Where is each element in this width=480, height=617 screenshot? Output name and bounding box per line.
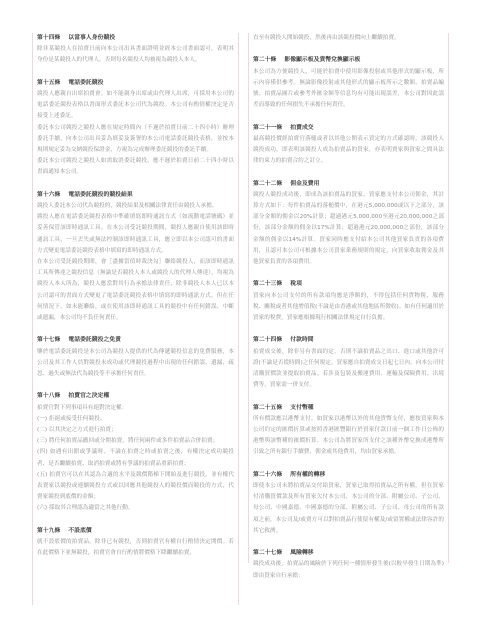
article-heading: 第十五條電話委託競投 <box>37 78 234 89</box>
article: 第二十六條所有權的轉移即使本公司未將拍賣品交付給買家，買家已取得拍賣品之所有權，… <box>253 470 444 537</box>
article-heading: 第二十五條支付幣種 <box>253 403 444 414</box>
article-paragraph: 競投成功後，拍賣品的風險於下列任何一種情形發生後(以較早發生日期為準)即由買家自… <box>253 559 444 581</box>
article-number: 第二十六條 <box>253 472 282 478</box>
article-paragraph: (六) 採取其合理認為適當之其他行動。 <box>37 503 234 514</box>
article-title: 電話委託競投 <box>68 80 103 86</box>
article-title: 以當事人身份競投 <box>68 35 115 41</box>
article-title: 電話委託競投之免責 <box>68 337 121 343</box>
article-title: 稅項 <box>290 281 302 287</box>
article-number: 第十八條 <box>37 393 60 399</box>
article-paragraph: (一) 拒絕或接受任何競投； <box>37 414 234 425</box>
article: 第十四條以當事人身份競投除非某競投人在拍賣日前向本公司出具書面證明並經本公司書面… <box>37 33 234 67</box>
article-number: 第十五條 <box>37 80 60 86</box>
article-paragraph: (四) 如遇有出錯或爭議時，不論在拍賣之時或拍賣之後，有權決定成功競投者、是否繼… <box>37 447 234 469</box>
article-paragraph: 委託本公司競投之競投人應在規定時間內（不遲於拍賣日前二十四小時）辦理委託手續，向… <box>37 123 234 157</box>
article-number: 第二十七條 <box>253 550 282 556</box>
article-heading: 第十九條不設底價 <box>37 526 234 537</box>
article-title: 不設底價 <box>68 528 91 534</box>
article-heading: 第二十七條風險轉移 <box>253 548 444 559</box>
article-paragraph: 競投人委託本公司代為競投的，競投結果及相關法律責任由競投人承擔。 <box>37 201 234 212</box>
article-title: 拍賣成交 <box>290 125 313 131</box>
article-paragraph: 競投人競投成功後，即成為該拍賣品的買家。買家應支付本公司佣金，其計算方式如下：每… <box>253 190 444 268</box>
article: 第二十二條佣金及費用競投人競投成功後，即成為該拍賣品的買家。買家應支付本公司佣金… <box>253 179 444 269</box>
article-number: 第二十條 <box>253 57 276 63</box>
article-paragraph: 除非某競投人在拍賣日前向本公司出具書面證明並經本公司書面認可，表明其身份是某競投… <box>37 44 234 66</box>
article-paragraph: 委託本公司競投之競投人如需取消委託競投，應不遲於拍賣日前二十四小時以書面通知本公… <box>37 156 234 178</box>
article-number: 第二十三條 <box>253 281 282 287</box>
article-paragraph: 競投人應親自出席拍賣會。如不能親身出席或由代理人出席，可採用本公司的電話委託競投… <box>37 89 234 123</box>
article: 第二十一條拍賣成交最高競投價經拍賣官落槌或者以其他公開表示買定的方式確認時，該競… <box>253 123 444 168</box>
article-paragraph: 在本公司受託競投期間，會［盡據當值時裁決勾］聯絡競投人，而該即時通訊工具所傳達之… <box>37 257 234 324</box>
article-title: 電話委託競投的競投結果 <box>68 192 132 198</box>
article-title: 所有權的轉移 <box>290 472 325 478</box>
article-heading: 第二十二條佣金及費用 <box>253 179 444 190</box>
article-list-right: 第二十條影像顯示板及貨幣兌換顯示板本公司為方便競投人，可能於拍賣中使用影像投射或… <box>253 55 444 581</box>
article-paragraph: 就不設底價的拍賣品，除非已有競投，否則拍賣官有權自行酌情決定開價。若在此價格下並… <box>37 537 234 559</box>
article-list-left: 第十四條以當事人身份競投除非某競投人在拍賣日前向本公司出具書面證明並經本公司書面… <box>37 33 234 559</box>
article-paragraph: 即使本公司未將拍賣品交付給買家，買家已取得拍賣品之所有權，但在買家付清購買價款及… <box>253 481 444 537</box>
article: 第二十七條風險轉移競投成功後，拍賣品的風險於下列任何一種情形發生後(以較早發生日… <box>253 548 444 582</box>
article-paragraph: 買家向本公司支付的所有款項均應是淨額的，不得包括任何貨物稅、服務稅、關稅或者其他… <box>253 291 444 325</box>
article-heading: 第二十四條付款時間 <box>253 335 444 346</box>
article-number: 第十六條 <box>37 192 60 198</box>
article-number: 第二十一條 <box>253 125 282 131</box>
article-paragraph: 拍賣成交後，除非另有書面約定，否則不論拍賣品之出口、進口或其他許可證(不論是否從… <box>253 347 444 392</box>
article: 第十五條電話委託競投競投人應親自出席拍賣會。如不能親身出席或由代理人出席，可採用… <box>37 78 234 179</box>
article-heading: 第二十三條稅項 <box>253 279 444 290</box>
continuation-text: 直至有競投人開始競投，然後再由該競投價向上繼續拍賣。 <box>253 33 444 44</box>
article-paragraph: (五) 拍賣官可以在其認為合適的水平及競價階梯下開始及進行競投，並有權代表賣家以… <box>37 470 234 504</box>
article-heading: 第二十一條拍賣成交 <box>253 123 444 134</box>
article-number: 第二十二條 <box>253 181 282 187</box>
article-heading: 第十四條以當事人身份競投 <box>37 33 234 44</box>
article: 第二十五條支付幣種所有價款應以港幣支付。如買家以港幣以外的其他貨幣支付，應按買家… <box>253 403 444 459</box>
article-heading: 第二十六條所有權的轉移 <box>253 470 444 481</box>
article-title: 風險轉移 <box>290 550 313 556</box>
article-title: 佣金及費用 <box>290 181 319 187</box>
article-paragraph: 最高競投價經拍賣官落槌或者以其他公開表示買定的方式確認時，該競投人競投成功，即表… <box>253 134 444 168</box>
article-title: 影像顯示板及貨幣兌換顯示板 <box>284 57 360 63</box>
article-paragraph: 本公司為方便競投人，可能於拍賣中使用影像投射或其他形式的顯示板，所示內容僅供參考… <box>253 67 444 112</box>
article-paragraph: (三) 將任何拍賣品撤回或分開拍賣，將任何兩件或多件拍賣品合併拍賣； <box>37 436 234 447</box>
article: 第十九條不設底價就不設底價的拍賣品，除非已有競投，否則拍賣官有權自行酌情決定開價… <box>37 526 234 560</box>
article: 第十八條拍賣官之決定權拍賣官對下列事項具有絕對決定權：(一) 拒絕或接受任何競投… <box>37 391 234 514</box>
article-paragraph: 鑒於電話委託競投是本公司為競投人提供的代為傳遞競投信息的免費服務，本公司及其工作… <box>37 347 234 381</box>
article: 第二十三條稅項買家向本公司支付的所有款項均應是淨額的，不得包括任何貨物稅、服務稅… <box>253 279 444 324</box>
article: 第十六條電話委託競投的競投結果競投人委託本公司代為競投的，競投結果及相關法律責任… <box>37 190 234 324</box>
article: 第十七條電話委託競投之免責鑒於電話委託競投是本公司為競投人提供的代為傳遞競投信息… <box>37 335 234 380</box>
article-number: 第二十四條 <box>253 337 282 343</box>
article-title: 拍賣官之決定權 <box>68 393 109 399</box>
article-heading: 第十八條拍賣官之決定權 <box>37 391 234 402</box>
article-paragraph: 競投人應在電話委託競投表格中準確填寫即時通訊方式（如流動電話號碼）並妥善保管該即… <box>37 212 234 257</box>
article: 第二十條影像顯示板及貨幣兌換顯示板本公司為方便競投人，可能於拍賣中使用影像投射或… <box>253 55 444 111</box>
article-paragraph: 所有價款應以港幣支付。如買家以港幣以外的其他貨幣支付，應按買家與本公司約定的匯價… <box>253 414 444 459</box>
article: 第二十四條付款時間拍賣成交後，除非另有書面約定，否則不論拍賣品之出口、進口或其他… <box>253 335 444 391</box>
article-title: 付款時間 <box>290 337 313 343</box>
article-number: 第二十五條 <box>253 405 282 411</box>
article-number: 第十九條 <box>37 528 60 534</box>
article-paragraph: (二) 以其決定之方式進行拍賣； <box>37 425 234 436</box>
article-heading: 第二十條影像顯示板及貨幣兌換顯示板 <box>253 55 444 66</box>
article-number: 第十四條 <box>37 35 60 41</box>
article-heading: 第十六條電話委託競投的競投結果 <box>37 190 234 201</box>
left-column: 第十四條以當事人身份競投除非某競投人在拍賣日前向本公司出具書面證明並經本公司書面… <box>32 33 239 605</box>
article-title: 支付幣種 <box>290 405 313 411</box>
article-number: 第十七條 <box>37 337 60 343</box>
article-heading: 第十七條電話委託競投之免責 <box>37 335 234 346</box>
right-column: 直至有競投人開始競投，然後再由該競投價向上繼續拍賣。 第二十條影像顯示板及貨幣兌… <box>248 33 449 563</box>
article-paragraph: 拍賣官對下列事項具有絕對決定權： <box>37 403 234 414</box>
